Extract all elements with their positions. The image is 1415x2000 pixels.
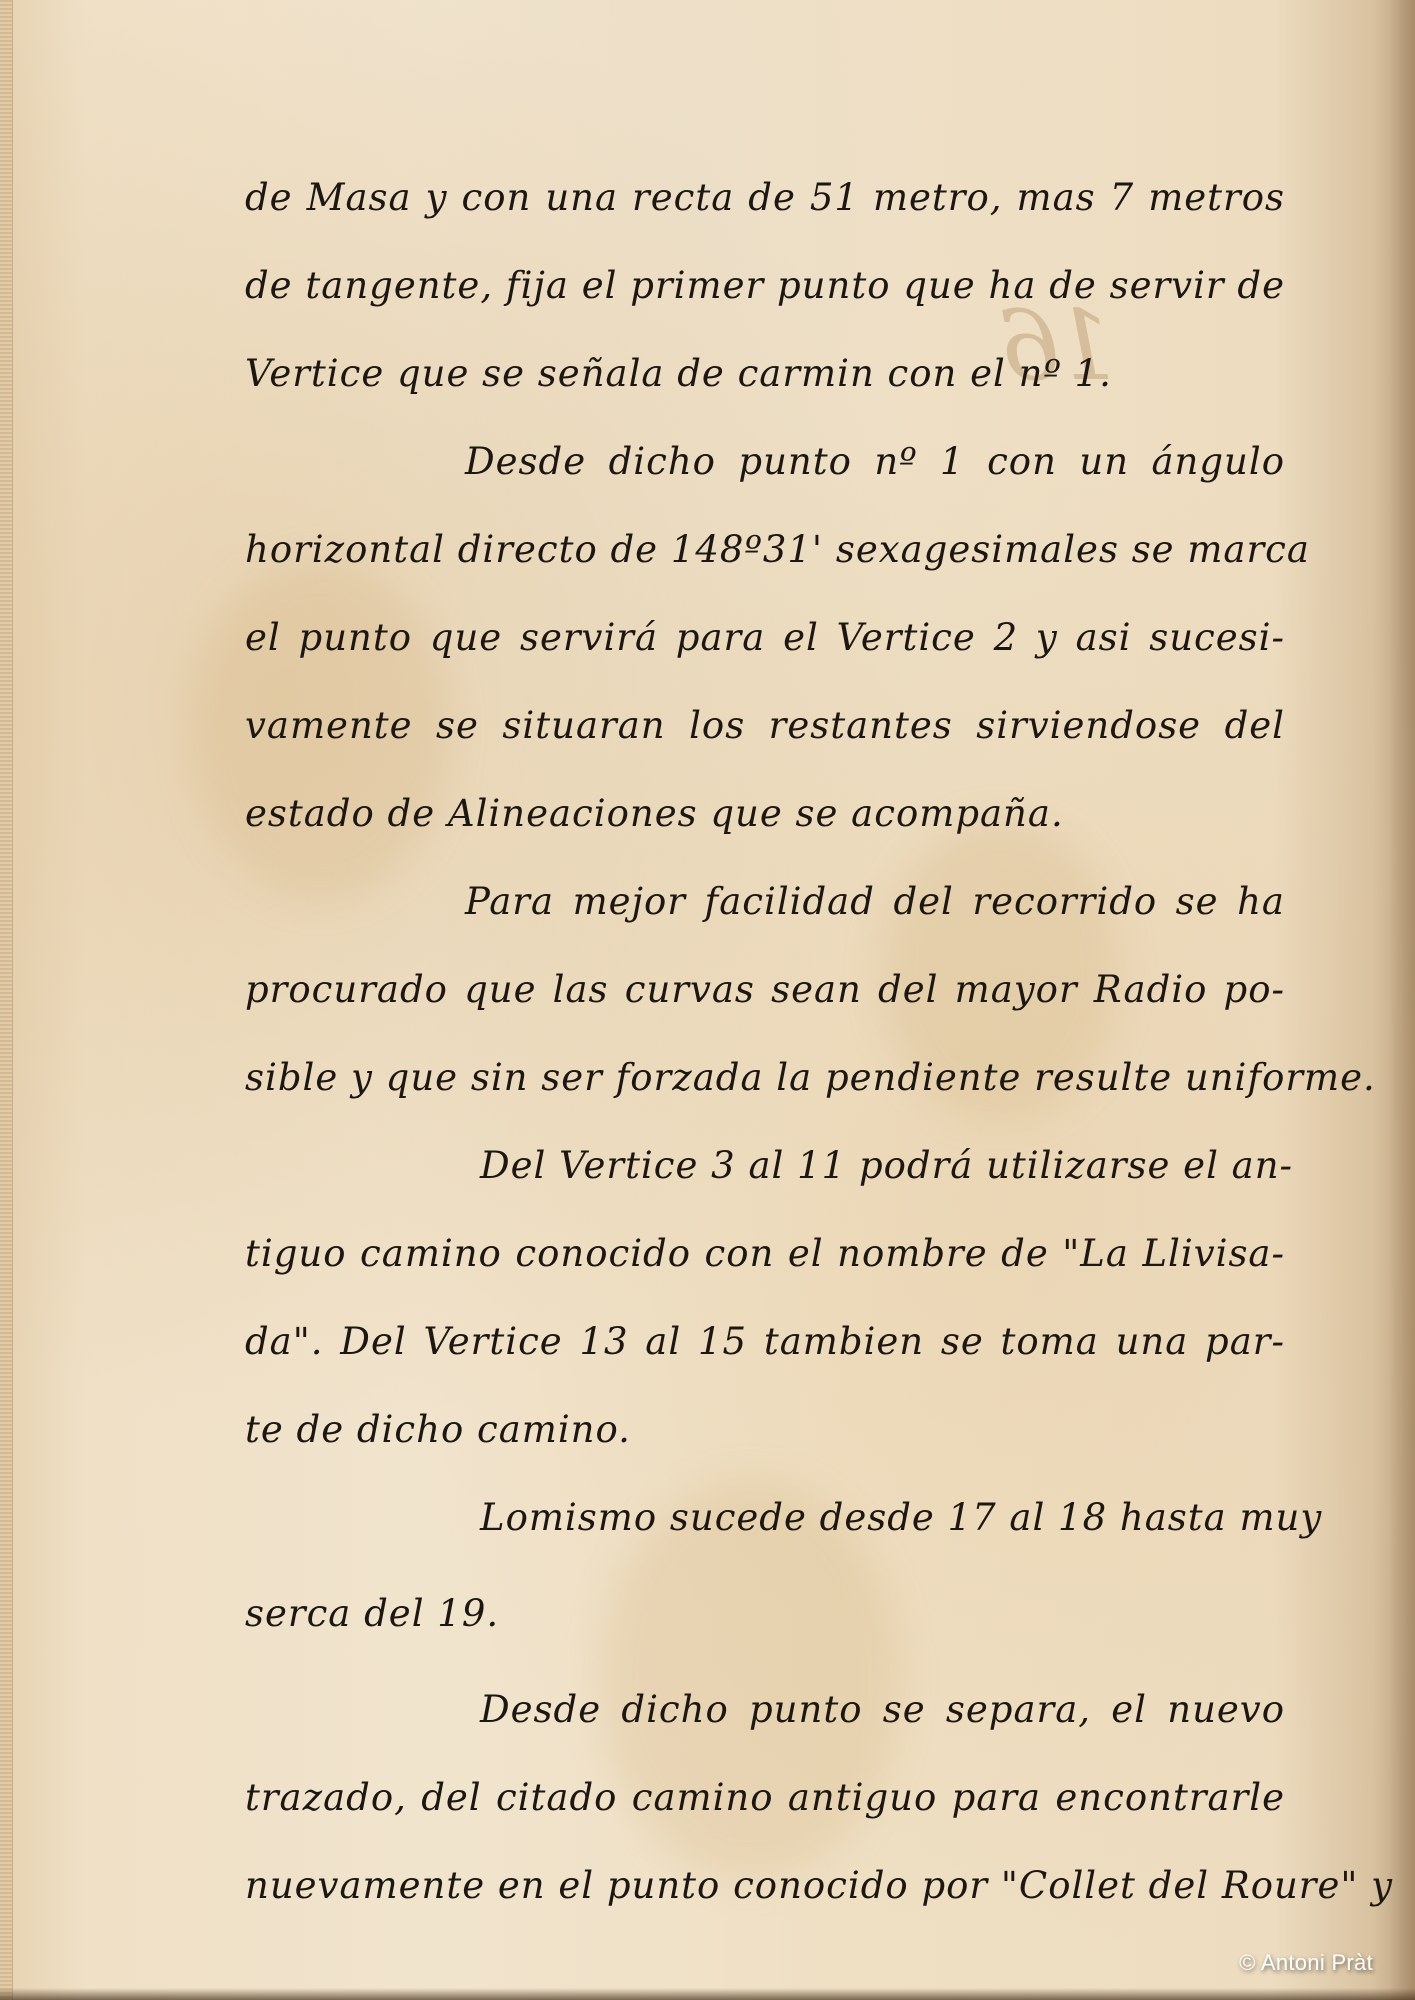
- binding-edge: [0, 0, 13, 2000]
- text-line: Para mejor facilidad del recorrido se ha: [245, 872, 1285, 960]
- text-line: estado de Alineaciones que se acompaña.: [245, 784, 1285, 872]
- text-line: sible y que sin ser forzada la pendiente…: [245, 1048, 1285, 1136]
- text-line: Desde dicho punto nº 1 con un ángulo: [245, 432, 1285, 520]
- text-line: da". Del Vertice 13 al 15 tambien se tom…: [245, 1312, 1285, 1400]
- text-line: vamente se situaran los restantes sirvie…: [245, 696, 1285, 784]
- text-line: serca del 19.: [245, 1584, 1285, 1680]
- text-line: Del Vertice 3 al 11 podrá utilizarse el …: [245, 1136, 1285, 1224]
- text-line: de tangente, fija el primer punto que ha…: [245, 256, 1285, 344]
- text-line: procurado que las curvas sean del mayor …: [245, 960, 1285, 1048]
- text-line: el punto que servirá para el Vertice 2 y…: [245, 608, 1285, 696]
- handwritten-text: de Masa y con una recta de 51 metro, mas…: [245, 168, 1285, 1944]
- page-bottom-edge: [0, 1988, 1415, 2000]
- text-line: Vertice que se señala de carmin con el n…: [245, 344, 1285, 432]
- copyright-watermark: © Antoni Pràt: [1239, 1950, 1373, 1976]
- text-line: Desde dicho punto se separa, el nuevo: [245, 1680, 1285, 1768]
- text-line: de Masa y con una recta de 51 metro, mas…: [245, 168, 1285, 256]
- manuscript-page: 16 de Masa y con una recta de 51 metro, …: [0, 0, 1415, 2000]
- text-line: nuevamente en el punto conocido por "Col…: [245, 1856, 1285, 1944]
- text-line: tiguo camino conocido con el nombre de "…: [245, 1224, 1285, 1312]
- text-line: te de dicho camino.: [245, 1400, 1285, 1488]
- text-line: trazado, del citado camino antiguo para …: [245, 1768, 1285, 1856]
- text-line: horizontal directo de 148º31' sexagesima…: [245, 520, 1285, 608]
- page-edge-shadow: [1389, 0, 1415, 2000]
- text-line: Lomismo sucede desde 17 al 18 hasta muy: [245, 1488, 1285, 1584]
